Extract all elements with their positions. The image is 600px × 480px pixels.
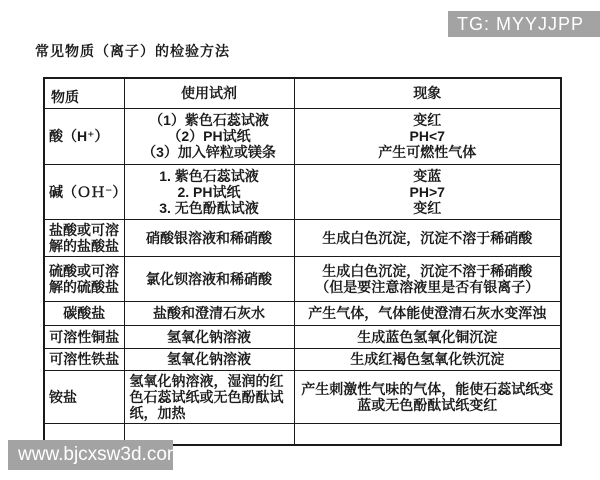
cell-reagent: 盐酸和澄清石灰水 bbox=[124, 301, 294, 325]
cell-phenomenon: 生成红褐色氢氧化铁沉淀 bbox=[294, 348, 561, 370]
table-row: 可溶性铜盐氢氧化钠溶液生成蓝色氢氧化铜沉淀 bbox=[44, 325, 561, 348]
cell-phenomenon bbox=[294, 423, 561, 445]
table-row: 铵盐氢氧化钠溶液，湿润的红色石蕊试纸或无色酚酞试纸，加热产生刺激性气味的气体，能… bbox=[44, 370, 561, 423]
cell-substance: 盐酸或可溶解的盐酸盐 bbox=[44, 219, 124, 256]
cell-reagent: （1）紫色石蕊试液 （2）PH试纸 （3）加入锌粒或镁条 bbox=[124, 108, 294, 164]
column-header-substance: 物质 bbox=[44, 78, 124, 108]
cell-phenomenon: 生成蓝色氢氧化铜沉淀 bbox=[294, 325, 561, 348]
cell-reagent: 硝酸银溶液和稀硝酸 bbox=[124, 219, 294, 256]
cell-substance: 碳酸盐 bbox=[44, 301, 124, 325]
table-body: 酸（H⁺）（1）紫色石蕊试液 （2）PH试纸 （3）加入锌粒或镁条变红 PH<7… bbox=[44, 108, 561, 445]
tg-badge: TG: MYYJJPP bbox=[448, 11, 600, 37]
cell-substance: 可溶性铜盐 bbox=[44, 325, 124, 348]
table-row: 酸（H⁺）（1）紫色石蕊试液 （2）PH试纸 （3）加入锌粒或镁条变红 PH<7… bbox=[44, 108, 561, 164]
table-row: 碱（ＯＨ⁻）1. 紫色石蕊试液 2. PH试纸 3. 无色酚酞试液变蓝 PH>7… bbox=[44, 164, 561, 219]
cell-substance: 铵盐 bbox=[44, 370, 124, 423]
cell-substance: 酸（H⁺） bbox=[44, 108, 124, 164]
cell-reagent: 氢氧化钠溶液 bbox=[124, 348, 294, 370]
detection-table: 物质 使用试剂 现象 酸（H⁺）（1）紫色石蕊试液 （2）PH试纸 （3）加入锌… bbox=[43, 77, 562, 446]
cell-phenomenon: 变蓝 PH>7 变红 bbox=[294, 164, 561, 219]
cell-phenomenon: 产生气体，气体能使澄清石灰水变浑浊 bbox=[294, 301, 561, 325]
cell-phenomenon: 变红 PH<7 产生可燃性气体 bbox=[294, 108, 561, 164]
table-row: 可溶性铁盐氢氧化钠溶液生成红褐色氢氧化铁沉淀 bbox=[44, 348, 561, 370]
watermark-badge: www.bjcxsw3d.com bbox=[8, 440, 173, 470]
cell-phenomenon: 产生刺激性气味的气体，能使石蕊试纸变蓝或无色酚酞试纸变红 bbox=[294, 370, 561, 423]
table-row: 盐酸或可溶解的盐酸盐硝酸银溶液和稀硝酸生成白色沉淀，沉淀不溶于稀硝酸 bbox=[44, 219, 561, 256]
cell-substance: 碱（ＯＨ⁻） bbox=[44, 164, 124, 219]
cell-reagent: 氢氧化钠溶液，湿润的红色石蕊试纸或无色酚酞试纸，加热 bbox=[124, 370, 294, 423]
cell-phenomenon: 生成白色沉淀，沉淀不溶于稀硝酸 （但是要注意溶液里是否有银离子） bbox=[294, 256, 561, 301]
cell-substance: 可溶性铁盐 bbox=[44, 348, 124, 370]
cell-reagent: 氢氧化钠溶液 bbox=[124, 325, 294, 348]
cell-phenomenon: 生成白色沉淀，沉淀不溶于稀硝酸 bbox=[294, 219, 561, 256]
page-title: 常见物质（离子）的检验方法 bbox=[35, 41, 230, 61]
header-row: 物质 使用试剂 现象 bbox=[44, 78, 561, 108]
column-header-reagent: 使用试剂 bbox=[124, 78, 294, 108]
table-row: 硫酸或可溶解的硫酸盐氯化钡溶液和稀硝酸生成白色沉淀，沉淀不溶于稀硝酸 （但是要注… bbox=[44, 256, 561, 301]
column-header-phenomenon: 现象 bbox=[294, 78, 561, 108]
cell-reagent: 氯化钡溶液和稀硝酸 bbox=[124, 256, 294, 301]
cell-reagent: 1. 紫色石蕊试液 2. PH试纸 3. 无色酚酞试液 bbox=[124, 164, 294, 219]
table-row: 碳酸盐盐酸和澄清石灰水产生气体，气体能使澄清石灰水变浑浊 bbox=[44, 301, 561, 325]
cell-substance: 硫酸或可溶解的硫酸盐 bbox=[44, 256, 124, 301]
